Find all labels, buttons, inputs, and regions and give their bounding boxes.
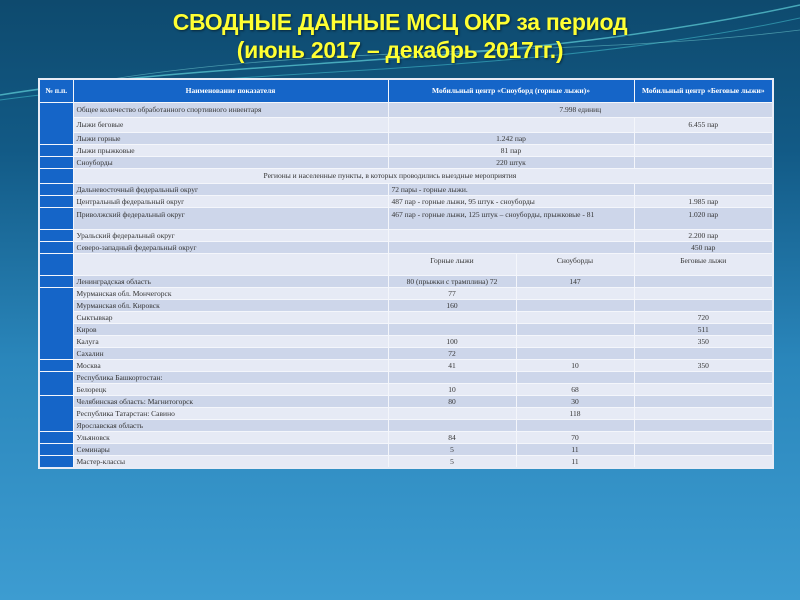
page-title: СВОДНЫЕ ДАННЫЕ МСЦ ОКР за период (июнь 2…	[0, 8, 800, 64]
running-center-value	[634, 145, 773, 157]
snowboards-value: 10	[516, 360, 634, 372]
table-row: Уральский федеральный округ2.200 пар	[39, 230, 773, 242]
indicator-value: 7.998 единиц	[388, 103, 773, 118]
alpine-value: 80	[388, 396, 516, 408]
cross-country-value: 511	[634, 324, 773, 336]
indicator-name: Общее количество обработанного спортивно…	[73, 103, 388, 118]
table-row: Челябинская область: Магнитогорск8030	[39, 396, 773, 408]
subheader-alpine: Горные лыжи	[388, 254, 516, 276]
alpine-value: 10	[388, 384, 516, 396]
snowboard-center-value	[388, 230, 634, 242]
row-number-cell	[39, 103, 73, 145]
alpine-value: 5	[388, 444, 516, 456]
subheader-snowboards: Сноуборды	[516, 254, 634, 276]
snowboard-center-value: 72 пары - горные лыжи.	[388, 184, 634, 196]
snowboards-value	[516, 300, 634, 312]
running-center-value: 6.455 пар	[634, 118, 773, 133]
subheader-cross-country: Беговые лыжи	[634, 254, 773, 276]
running-center-value: 450 пар	[634, 242, 773, 254]
running-center-value: 1.985 пар	[634, 196, 773, 208]
alpine-value	[388, 372, 516, 384]
cross-country-value: 350	[634, 360, 773, 372]
indicator-name: Лыжи беговые	[73, 118, 388, 133]
table-row: Ленинградская область80 (прыжки с трампл…	[39, 276, 773, 288]
district-name: Дальневосточный федеральный округ	[73, 184, 388, 196]
alpine-value: 41	[388, 360, 516, 372]
snowboard-center-value: 220 штук	[388, 157, 634, 169]
alpine-value: 84	[388, 432, 516, 444]
running-center-value	[634, 184, 773, 196]
row-number-cell	[39, 208, 73, 230]
row-number-cell	[39, 254, 73, 276]
snowboard-center-value: 81 пар	[388, 145, 634, 157]
snowboards-value	[516, 336, 634, 348]
table-row: Регионы и населенные пункты, в которых п…	[39, 169, 773, 184]
cross-country-value	[634, 276, 773, 288]
table-row: Москва4110350	[39, 360, 773, 372]
running-center-value	[634, 157, 773, 169]
snowboard-center-value: 487 пар - горные лыжи, 95 штук - сноубор…	[388, 196, 634, 208]
cross-country-value	[634, 456, 773, 469]
header-snowboard-center: Мобильный центр «Сноуборд (горные лыжи)»	[388, 79, 634, 103]
row-number-cell	[39, 444, 73, 456]
row-number-cell	[39, 196, 73, 208]
cross-country-value: 720	[634, 312, 773, 324]
cross-country-value	[634, 408, 773, 420]
header-name: Наименование показателя	[73, 79, 388, 103]
table-row: Приволжский федеральный округ467 пар - г…	[39, 208, 773, 230]
place-name: Сахалин	[73, 348, 388, 360]
table-row: Мурманская обл. Кировск160	[39, 300, 773, 312]
title-line-1: СВОДНЫЕ ДАННЫЕ МСЦ ОКР за период	[0, 8, 800, 36]
alpine-value: 80 (прыжки с трамплина) 72	[388, 276, 516, 288]
table-row: Республика Башкортостан:	[39, 372, 773, 384]
snowboards-value	[516, 312, 634, 324]
place-name: Москва	[73, 360, 388, 372]
table-row: Мастер-классы511	[39, 456, 773, 469]
cross-country-value: 350	[634, 336, 773, 348]
indicator-name: Лыжи горные	[73, 133, 388, 145]
row-number-cell	[39, 432, 73, 444]
place-name: Ленинградская область	[73, 276, 388, 288]
table-row: Лыжи прыжковые81 пар	[39, 145, 773, 157]
row-number-cell	[39, 230, 73, 242]
table-row: Калуга100350	[39, 336, 773, 348]
alpine-value: 72	[388, 348, 516, 360]
row-number-cell	[39, 456, 73, 469]
snowboards-value: 11	[516, 444, 634, 456]
empty-cell	[73, 254, 388, 276]
snowboard-center-value	[388, 118, 634, 133]
cross-country-value	[634, 288, 773, 300]
summary-table: № п.п. Наименование показателя Мобильный…	[38, 78, 774, 469]
alpine-value: 5	[388, 456, 516, 469]
alpine-value	[388, 420, 516, 432]
table-row: Киров511	[39, 324, 773, 336]
row-number-cell	[39, 145, 73, 157]
table-row: Центральный федеральный округ487 пар - г…	[39, 196, 773, 208]
row-number-cell	[39, 169, 73, 184]
cross-country-value	[634, 384, 773, 396]
row-number-cell	[39, 396, 73, 432]
alpine-value: 160	[388, 300, 516, 312]
snowboards-value: 118	[516, 408, 634, 420]
table-row: Ульяновск8470	[39, 432, 773, 444]
table-row: Мурманская обл. Мончегорск77	[39, 288, 773, 300]
district-name: Уральский федеральный округ	[73, 230, 388, 242]
table-row: Лыжи беговые6.455 пар	[39, 118, 773, 133]
indicator-name: Лыжи прыжковые	[73, 145, 388, 157]
snowboards-value	[516, 348, 634, 360]
row-number-cell	[39, 372, 73, 396]
place-name: Сыктывкар	[73, 312, 388, 324]
place-name: Ульяновск	[73, 432, 388, 444]
place-name: Мурманская обл. Мончегорск	[73, 288, 388, 300]
snowboards-value: 70	[516, 432, 634, 444]
snowboards-value	[516, 324, 634, 336]
place-name: Калуга	[73, 336, 388, 348]
running-center-value: 1.020 пар	[634, 208, 773, 230]
table-row: Сноуборды220 штук	[39, 157, 773, 169]
regions-heading: Регионы и населенные пункты, в которых п…	[73, 169, 773, 184]
table-row: Белорецк1068	[39, 384, 773, 396]
alpine-value	[388, 408, 516, 420]
snowboard-center-value	[388, 242, 634, 254]
alpine-value	[388, 312, 516, 324]
header-running-center: Мобильный центр «Беговые лыжи»	[634, 79, 773, 103]
header-num: № п.п.	[39, 79, 73, 103]
cross-country-value	[634, 348, 773, 360]
row-number-cell	[39, 360, 73, 372]
table-row: Горные лыжиСноубордыБеговые лыжи	[39, 254, 773, 276]
district-name: Северо-западный федеральный округ	[73, 242, 388, 254]
place-name: Мурманская обл. Кировск	[73, 300, 388, 312]
running-center-value	[634, 133, 773, 145]
table-row: Северо-западный федеральный округ450 пар	[39, 242, 773, 254]
row-number-cell	[39, 288, 73, 360]
alpine-value	[388, 324, 516, 336]
place-name: Республика Татарстан: Савино	[73, 408, 388, 420]
row-number-cell	[39, 184, 73, 196]
snowboards-value	[516, 420, 634, 432]
alpine-value: 100	[388, 336, 516, 348]
table-row: Ярославская область	[39, 420, 773, 432]
place-name: Республика Башкортостан:	[73, 372, 388, 384]
place-name: Мастер-классы	[73, 456, 388, 469]
district-name: Центральный федеральный округ	[73, 196, 388, 208]
table-row: Лыжи горные1.242 пар	[39, 133, 773, 145]
table-row: Республика Татарстан: Савино118	[39, 408, 773, 420]
snowboards-value: 68	[516, 384, 634, 396]
table-row: Дальневосточный федеральный округ72 пары…	[39, 184, 773, 196]
place-name: Киров	[73, 324, 388, 336]
snowboards-value	[516, 372, 634, 384]
alpine-value: 77	[388, 288, 516, 300]
cross-country-value	[634, 372, 773, 384]
place-name: Челябинская область: Магнитогорск	[73, 396, 388, 408]
place-name: Семинары	[73, 444, 388, 456]
table-row: Общее количество обработанного спортивно…	[39, 103, 773, 118]
title-line-2: (июнь 2017 – декабрь 2017гг.)	[0, 36, 800, 64]
cross-country-value	[634, 432, 773, 444]
cross-country-value	[634, 396, 773, 408]
table-row: Сыктывкар720	[39, 312, 773, 324]
place-name: Ярославская область	[73, 420, 388, 432]
table-row: Сахалин72	[39, 348, 773, 360]
cross-country-value	[634, 300, 773, 312]
snowboard-center-value: 1.242 пар	[388, 133, 634, 145]
snowboards-value: 30	[516, 396, 634, 408]
place-name: Белорецк	[73, 384, 388, 396]
snowboards-value	[516, 288, 634, 300]
indicator-name: Сноуборды	[73, 157, 388, 169]
snowboards-value: 147	[516, 276, 634, 288]
row-number-cell	[39, 157, 73, 169]
running-center-value: 2.200 пар	[634, 230, 773, 242]
district-name: Приволжский федеральный округ	[73, 208, 388, 230]
row-number-cell	[39, 276, 73, 288]
cross-country-value	[634, 444, 773, 456]
cross-country-value	[634, 420, 773, 432]
table-row: Семинары511	[39, 444, 773, 456]
snowboards-value: 11	[516, 456, 634, 469]
snowboard-center-value: 467 пар - горные лыжи, 125 штук – сноубо…	[388, 208, 634, 230]
row-number-cell	[39, 242, 73, 254]
